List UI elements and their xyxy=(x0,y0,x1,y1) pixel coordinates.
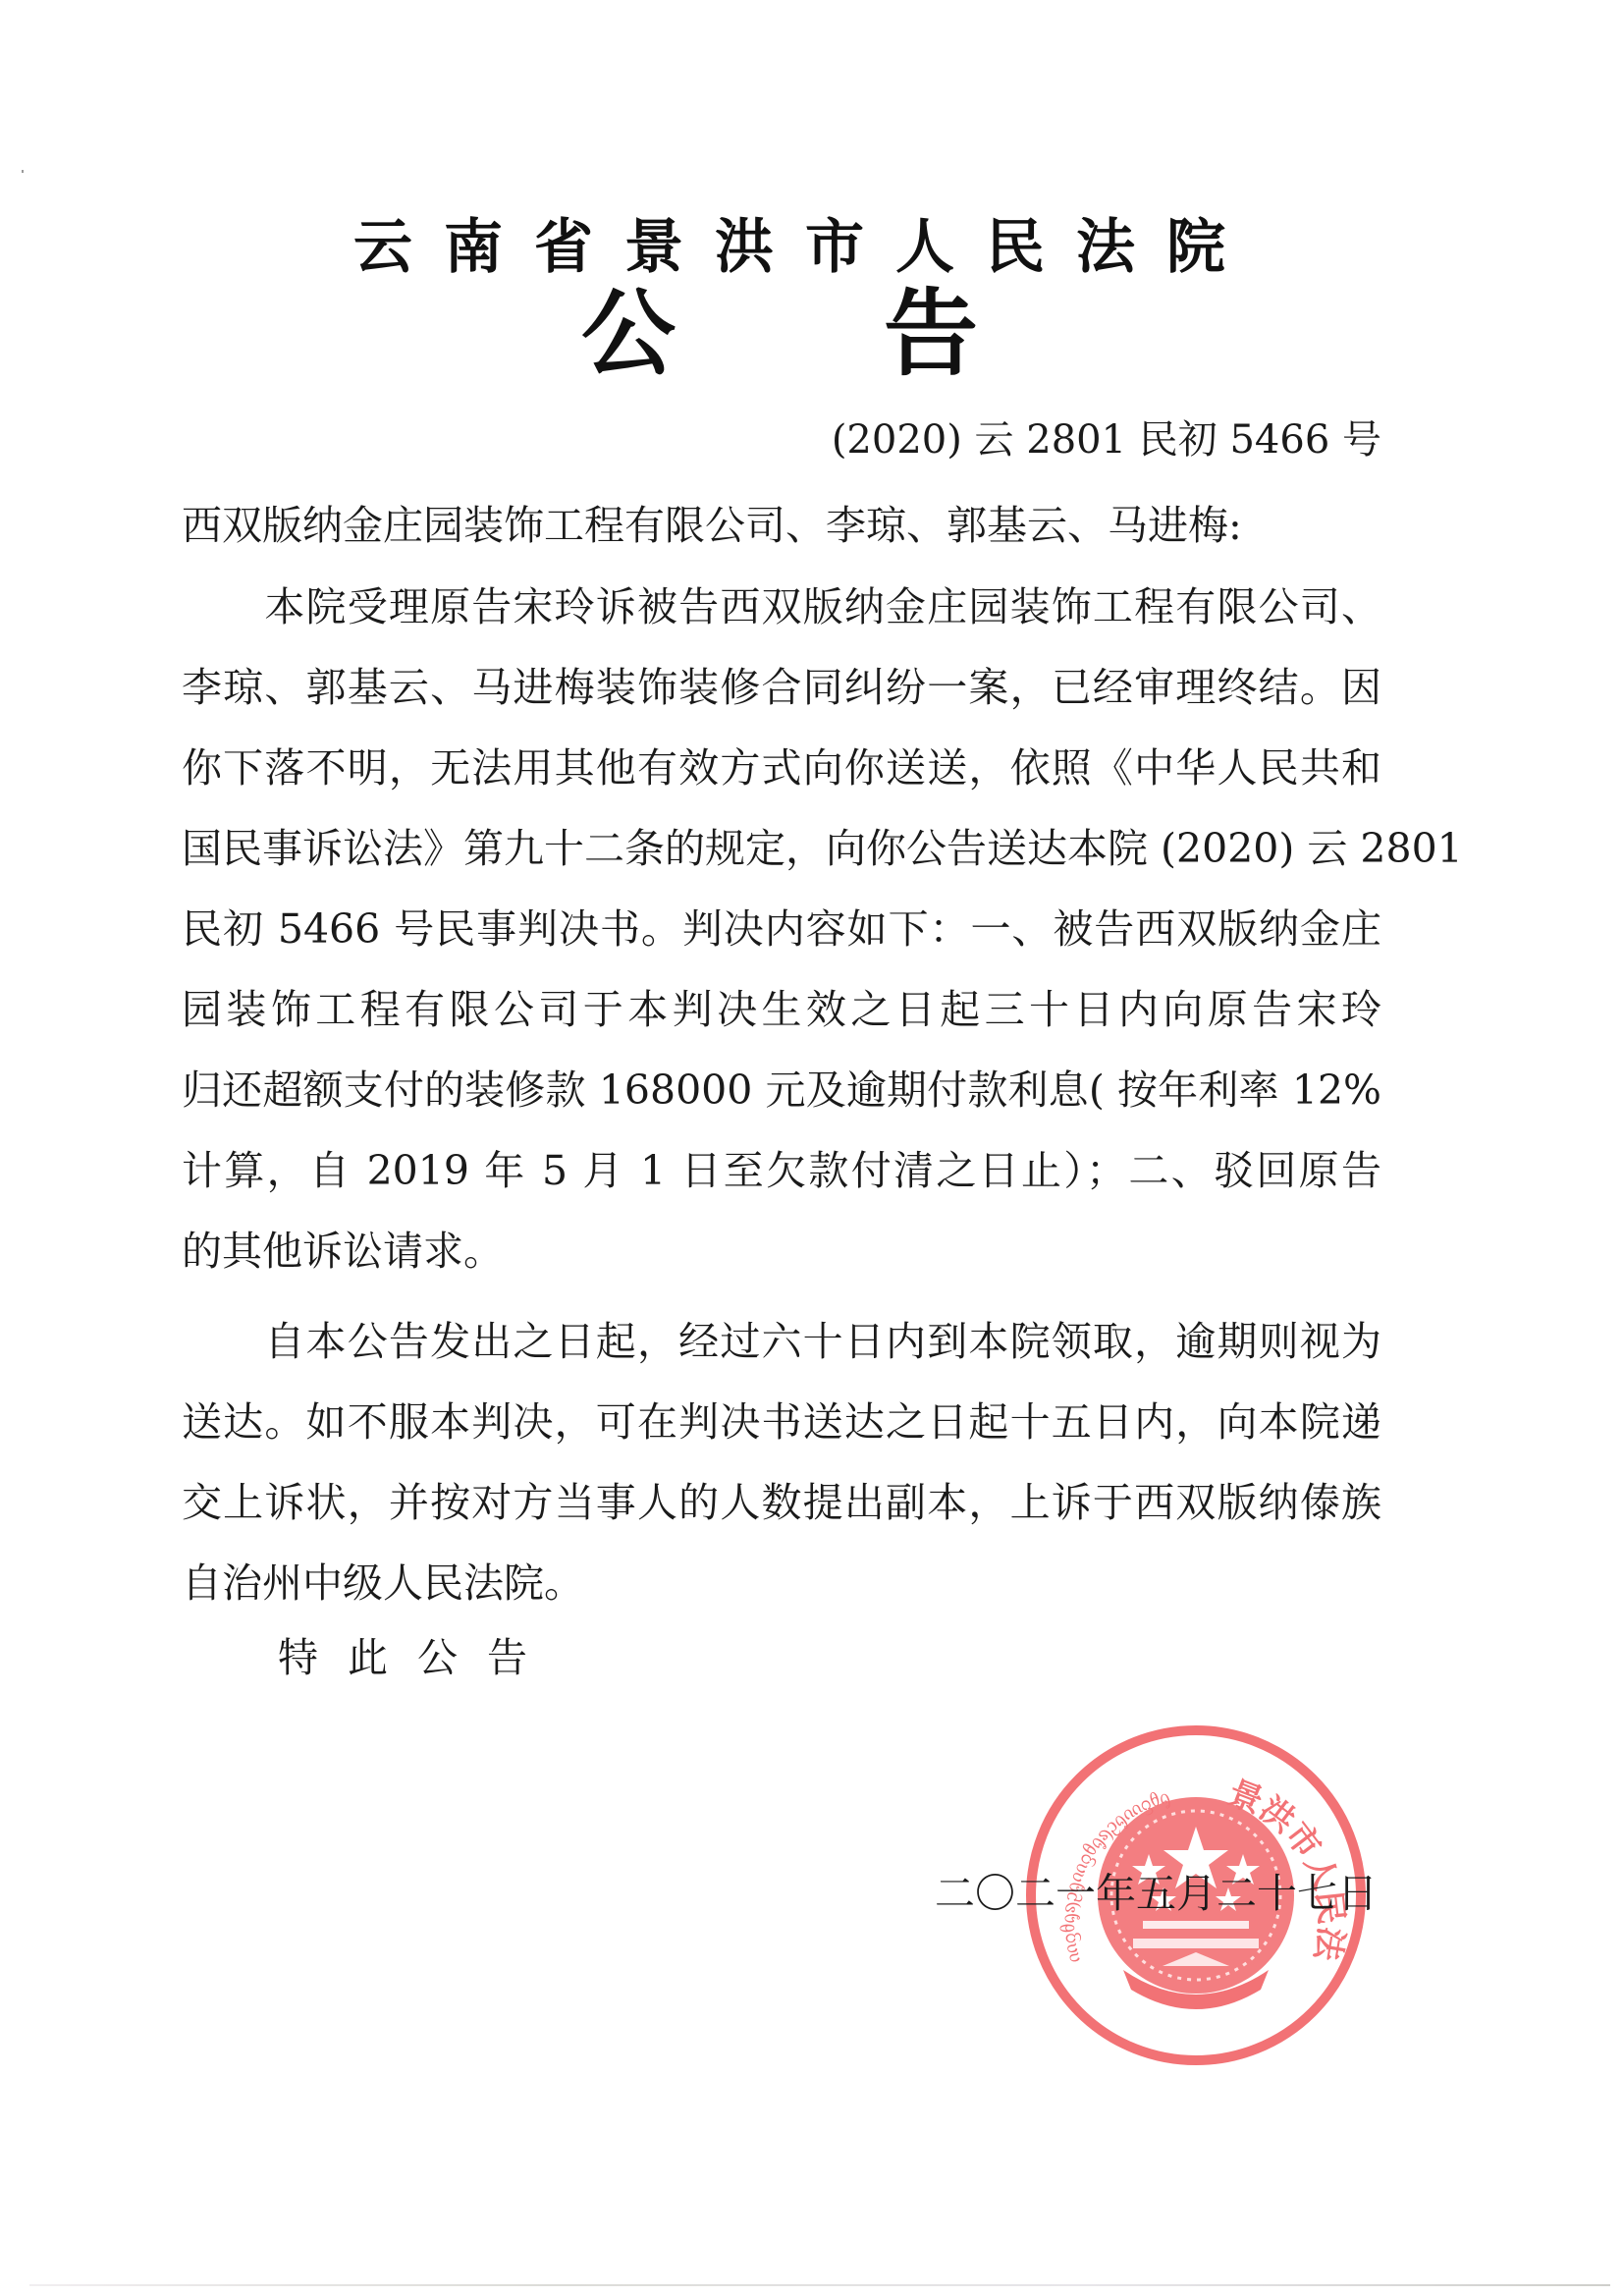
notice-title-char-2: 告 xyxy=(884,285,978,383)
court-name-heading: 云南省景洪市人民法院 xyxy=(353,208,1217,287)
paragraph-line: 的其他诉讼请求。 xyxy=(182,1222,504,1281)
paragraph-line: 归还超额支付的装修款 168000 元及逾期付款利息( 按年利率 12% xyxy=(182,1061,1381,1120)
case-number: (2020) 云 2801 民初 5466 号 xyxy=(832,410,1381,469)
paragraph-line: 李琼、郭基云、马进梅装饰装修合同纠纷一案，已经审理终结。因 xyxy=(182,658,1381,717)
paragraph-line: 交上诉状，并按对方当事人的人数提出副本，上诉于西双版纳傣族 xyxy=(182,1473,1381,1532)
scan-edge-line xyxy=(29,2284,1610,2286)
issue-date: 二〇二一年五月二十七日 xyxy=(935,1864,1378,1923)
paragraph-line: 计算，自 2019 年 5 月 1 日至欠款付清之日止）；二、驳回原告 xyxy=(182,1141,1381,1200)
closing-statement: 特此公告 xyxy=(278,1628,557,1687)
scan-mark xyxy=(22,170,24,173)
paragraph-line: 园装饰工程有限公司于本判决生效之日起三十日内向原告宋玲 xyxy=(182,980,1381,1039)
notice-title-char-1: 公 xyxy=(581,285,676,383)
paragraph-line: 自本公告发出之日起，经过六十日内到本院领取，逾期则视为 xyxy=(182,1312,1381,1371)
addressee: 西双版纳金庄园装饰工程有限公司、李琼、郭基云、马进梅: xyxy=(182,496,1242,555)
paragraph-line: 本院受理原告宋玲诉被告西双版纳金庄园装饰工程有限公司、 xyxy=(182,577,1381,636)
paragraph-line: 自治州中级人民法院。 xyxy=(182,1554,584,1613)
paragraph-line: 国民事诉讼法》第九十二条的规定，向你公告送达本院 (2020) 云 2801 xyxy=(182,819,1381,878)
paragraph-line: 民初 5466 号民事判决书。判决内容如下：一、被告西双版纳金庄 xyxy=(182,900,1381,958)
paragraph-line: 你下落不明，无法用其他有效方式向你送送，依照《中华人民共和 xyxy=(182,738,1381,797)
notice-page: 云南省景洪市人民法院 公 告 (2020) 云 2801 民初 5466 号 西… xyxy=(0,0,1623,2296)
paragraph-line: 送达。如不服本判决，可在判决书送达之日起十五日内，向本院递 xyxy=(182,1393,1381,1451)
